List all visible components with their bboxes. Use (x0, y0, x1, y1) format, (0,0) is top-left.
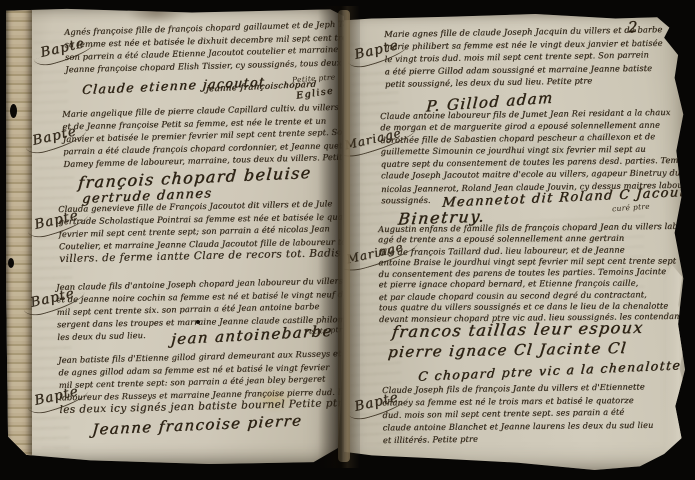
entry-text: Augustin enfans de famille fils de franç… (378, 220, 692, 325)
signature: curé ptre (612, 202, 651, 214)
signature: Petite ptre (292, 72, 336, 84)
entry-line: tous quatre du villers soussignés et ce … (379, 300, 692, 313)
entry-text: Agnés françoise fille de françois chopar… (64, 16, 344, 76)
entry-line: chaney sa femme est né le trois mars et … (382, 393, 653, 408)
entry-text: Marie angelique fille de pierre claude C… (62, 100, 344, 171)
page-edge-strip (6, 8, 32, 464)
binding-strip (338, 10, 350, 462)
entry-text: Claude Joseph fils de françois Jante du … (382, 380, 654, 447)
entry-line: antoine Braise le jourdhui vingt sept fe… (378, 255, 692, 268)
entry-line: agé de trente ans a epousé solennellemen… (378, 232, 692, 245)
ink-dot (196, 320, 200, 324)
left-page: Bapte Agnés françoise fille de françois … (6, 8, 344, 464)
ink-speck (8, 258, 14, 268)
entry-line: claude antoine Blanchet et Jeanne lauren… (383, 419, 654, 434)
entry-text: Jean batiste fils d'Etienne gillod girar… (58, 347, 344, 417)
manuscript-photo: Bapte Agnés françoise fille de françois … (0, 0, 695, 480)
signature: francos taillas leur espoux (391, 318, 645, 341)
signature: pierre ignace Cl Jacinte Cl (387, 339, 628, 361)
right-page: 2 Bapte Marie agnes fille de claude Jose… (344, 14, 692, 470)
ink-speck (10, 104, 17, 118)
signature: Jeanne francoise pierre (91, 411, 303, 438)
paper-stain (126, 8, 186, 24)
entry-text: Marie agnes fille de claude Joseph Jacqu… (384, 23, 663, 91)
entry-text: Clauda genevieve fille de François Jacou… (58, 196, 344, 266)
